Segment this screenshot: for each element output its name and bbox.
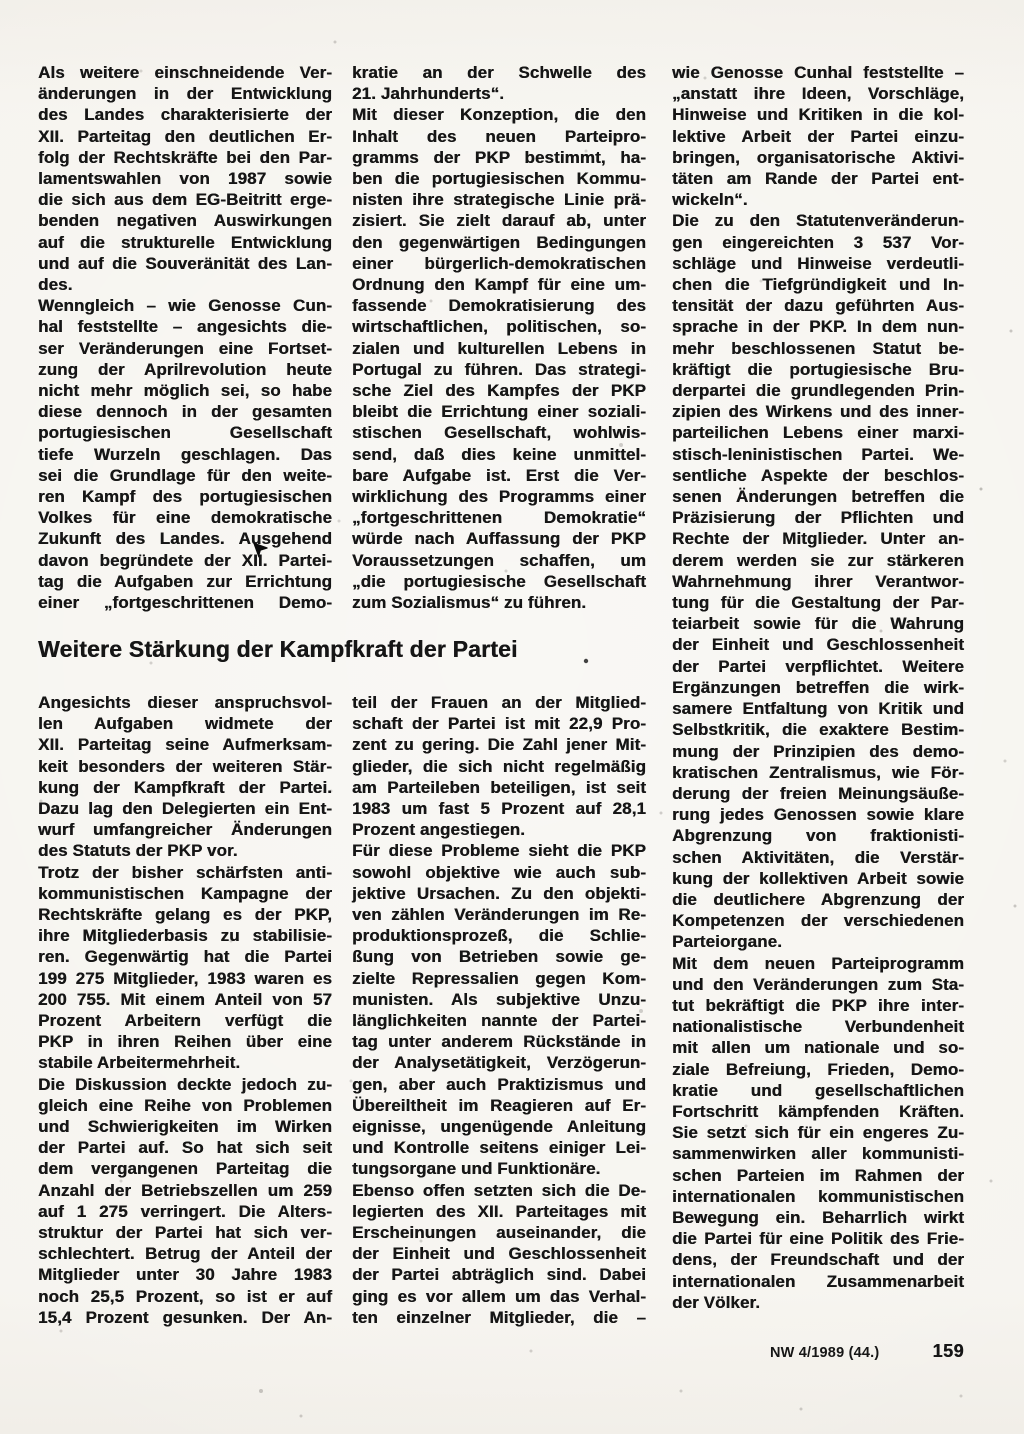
text-line: PKP in ihren Reihen über eine [38, 1031, 332, 1052]
text-line: schläge und Hinweise verdeutli- [672, 253, 964, 274]
text-line: Trotz der bisher schärfsten anti- [38, 862, 332, 883]
text-line: der Analysetätigkeit, Verzögerun- [352, 1052, 646, 1073]
text-line: Erscheinungen auseinander, die [352, 1222, 646, 1243]
text-line: Prozent Arbeitern verfügt die [38, 1010, 332, 1031]
text-line: internationalen kommunistischen [672, 1186, 964, 1207]
text-line: gen eingereichten 3 537 Vor- [672, 232, 964, 253]
text-line: ren. Gegenwärtig hat die Partei [38, 946, 332, 967]
text-line: Ergänzungen betreffen die wirk- [672, 677, 964, 698]
text-line: stabile Arbeitermehrheit. [38, 1052, 332, 1073]
text-line: mung der Prinzipien des demo- [672, 741, 964, 762]
text-line: der Partei verpflichtet. Weitere [672, 656, 964, 677]
text-line: Mitglieder unter 30 Jahre 1983 [38, 1264, 332, 1285]
text-line: 15,4 Prozent gesunken. Der An- [38, 1307, 332, 1328]
text-line: Wahrnehmung ihrer Verantwor- [672, 571, 964, 592]
text-line: sei die Grundlage für den weite- [38, 465, 332, 486]
text-line: „anstatt ihre Ideen, Vorschläge, [672, 83, 964, 104]
text-line: die deutlichere Abgrenzung der [672, 889, 964, 910]
text-line: Bewegung ein. Beharrlich wirkt [672, 1207, 964, 1228]
text-line: ziale Befreiung, Frieden, Demo- [672, 1059, 964, 1080]
lower-column-1: Angesichts dieser anspruchsvol-len Aufga… [38, 692, 332, 1328]
text-line: zisiert. Sie zielt darauf ab, unter [352, 210, 646, 231]
text-line: sche Ziel des Kampfes der PKP [352, 380, 646, 401]
text-line: Ebenso offen setzten sich die De- [352, 1180, 646, 1201]
text-line: schen Aktivitäten, die Verstär- [672, 847, 964, 868]
paragraph: Angesichts dieser anspruchsvol-len Aufga… [38, 692, 332, 862]
text-line: ben die portugiesischen Kommu- [352, 168, 646, 189]
text-line: internationalen Zusammenarbeit [672, 1271, 964, 1292]
text-line: munisten. Als subjektive Unzu- [352, 989, 646, 1010]
text-line: Anzahl der Betriebszellen um 259 [38, 1180, 332, 1201]
text-line: senen Änderungen betreffen die [672, 486, 964, 507]
text-line: nicht mehr möglich sei, so habe [38, 380, 332, 401]
text-line: chen die Tiefgründigkeit und In- [672, 274, 964, 295]
text-line: ven zählen Veränderungen im Re- [352, 904, 646, 925]
text-line: Ordnung den Kampf für eine um- [352, 274, 646, 295]
text-line: tag unter anderem Rückstände in [352, 1031, 646, 1052]
text-line: lektive Arbeit der Partei einzu- [672, 126, 964, 147]
text-line: mehr beschlossenen Statut be- [672, 338, 964, 359]
text-line: auf 1 275 verringert. Die Alters- [38, 1201, 332, 1222]
text-line: Präzisierung der Pflichten und [672, 507, 964, 528]
text-line: der Völker. [672, 1292, 964, 1313]
text-line: eignisse, ungenügende Anleitung [352, 1116, 646, 1137]
paragraph: Wenngleich – wie Genosse Cun-hal festste… [38, 295, 332, 613]
text-line: teiarbeit sowie für die Wahrung [672, 613, 964, 634]
text-line: XII. Parteitag den deutlichen Er- [38, 126, 332, 147]
text-line: zialen und kulturellen Lebens in [352, 338, 646, 359]
paragraph: Mit dieser Konzeption, die denInhalt des… [352, 104, 646, 613]
text-line: die sich aus dem EG-Beitritt erge- [38, 189, 332, 210]
text-line: Die Diskussion deckte jedoch zu- [38, 1074, 332, 1095]
text-line: Sie setzt sich für ein engeres Zu- [672, 1122, 964, 1143]
paragraph: teil der Frauen an der Mitglied-schaft d… [352, 692, 646, 840]
text-line: Prozent angestiegen. [352, 819, 646, 840]
text-line: diese dennoch in der gesamten [38, 401, 332, 422]
text-line: send, daß dies keine unmittel- [352, 444, 646, 465]
text-line: Fortschritt kämpfenden Kräften. [672, 1101, 964, 1122]
text-line: sowohl objektive wie auch sub- [352, 862, 646, 883]
text-line: Wenngleich – wie Genosse Cun- [38, 295, 332, 316]
text-line: XII. Parteitag seine Aufmerksam- [38, 734, 332, 755]
text-line: folg der Rechtskräfte bei den Par- [38, 147, 332, 168]
text-line: legierten des XII. Parteitages mit [352, 1201, 646, 1222]
section-heading: Weitere Stärkung der Kampfkraft der Part… [38, 634, 658, 664]
text-line: ihre Mitgliederbasis zu stabilisie- [38, 925, 332, 946]
text-line: am Parteileben beteiligen, ist seit [352, 777, 646, 798]
text-line: Inhalt des neuen Parteipro- [352, 126, 646, 147]
text-line: derung der freien Meinungsäuße- [672, 783, 964, 804]
text-line: würde nach Auffassung der PKP [352, 528, 646, 549]
text-line: kommunistischen Kampagne der [38, 883, 332, 904]
text-line: und den Veränderungen zum Sta- [672, 974, 964, 995]
text-line: derem werden sie zur stärkeren [672, 550, 964, 571]
text-line: Rechtskräfte gelang es der PKP, [38, 904, 332, 925]
text-line: sentliche Aspekte der beschlos- [672, 465, 964, 486]
text-line: kung der Kampfkraft der Partei. [38, 777, 332, 798]
text-line: Volkes für eine demokratische [38, 507, 332, 528]
text-line: zent zu gering. Die Zahl jener Mit- [352, 734, 646, 755]
text-line: wirklichung des Programms einer [352, 486, 646, 507]
text-line: Mit dieser Konzeption, die den [352, 104, 646, 125]
text-line: noch 25,5 Prozent, so ist er auf [38, 1286, 332, 1307]
text-line: „die portugiesische Gesellschaft [352, 571, 646, 592]
paragraph: Trotz der bisher schärfsten anti-kommuni… [38, 862, 332, 1074]
text-line: ren Kampf des portugiesischen [38, 486, 332, 507]
paragraph: Mit dem neuen Parteiprogrammund den Verä… [672, 953, 964, 1313]
text-line: Kompetenzen der verschiedenen [672, 910, 964, 931]
text-line: einer bürgerlich-demokratischen [352, 253, 646, 274]
side-column-3: wie Genosse Cunhal feststellte –„anstatt… [672, 62, 964, 1313]
text-line: schlechtert. Betrug der Anteil der [38, 1243, 332, 1264]
text-line: Hinweise und Kritiken in die kol- [672, 104, 964, 125]
text-line: ser Veränderungen eine Fortset- [38, 338, 332, 359]
text-line: des Statuts der PKP vor. [38, 840, 332, 861]
text-line: tung für die Gestaltung der Par- [672, 592, 964, 613]
text-line: einer „fortgeschrittenen Demo- [38, 592, 332, 613]
text-line: dem vergangenen Parteitag die [38, 1158, 332, 1179]
text-line: ging es vor allem um das Verhal- [352, 1286, 646, 1307]
text-line: struktur der Partei hat sich ver- [38, 1222, 332, 1243]
paragraph: wie Genosse Cunhal feststellte –„anstatt… [672, 62, 964, 210]
text-line: produktionsprozeß, die Schlie- [352, 925, 646, 946]
text-line: jektive Ursachen. Zu den objekti- [352, 883, 646, 904]
paragraph: kratie an der Schwelle des21. Jahrhunder… [352, 62, 646, 104]
upper-column-1: Als weitere einschneidende Ver-änderunge… [38, 62, 332, 613]
text-line: sammenwirken aller kommunisti- [672, 1143, 964, 1164]
text-line: derpartei die grundlegenden Prin- [672, 380, 964, 401]
text-line: der Einheit und Geschlossenheit [352, 1243, 646, 1264]
text-line: des Landes charakterisierte der [38, 104, 332, 125]
text-line: der Einheit und Geschlossenheit [672, 634, 964, 655]
text-line: und Schwierigkeiten im Wirken [38, 1116, 332, 1137]
text-line: zung der Aprilrevolution heute [38, 359, 332, 380]
text-line: täten am Rande der Partei ent- [672, 168, 964, 189]
text-line: dens, der Freundschaft und der [672, 1249, 964, 1270]
text-line: Dazu lag den Delegierten ein Ent- [38, 798, 332, 819]
text-line: teil der Frauen an der Mitglied- [352, 692, 646, 713]
text-line: bleibt die Errichtung einer soziali- [352, 401, 646, 422]
text-line: 200 755. Mit einem Anteil von 57 [38, 989, 332, 1010]
text-line: kräftigt die portugiesische Bru- [672, 359, 964, 380]
text-line: len Aufgaben widmete der [38, 713, 332, 734]
journal-reference: NW 4/1989 (44.) [770, 1345, 879, 1361]
text-line: stisch-leninistischen Partei. We- [672, 444, 964, 465]
text-line: 1983 um fast 5 Prozent auf 28,1 [352, 798, 646, 819]
text-line: Zukunft des Landes. Ausgehend [38, 528, 332, 549]
text-line: mit allen um nationale und so- [672, 1037, 964, 1058]
text-line: portugiesischen Gesellschaft [38, 422, 332, 443]
text-line: bare Aufgabe ist. Erst die Ver- [352, 465, 646, 486]
text-line: stischen Gesellschaft, wohlwis- [352, 422, 646, 443]
text-line: Übereiltheit im Reagieren auf Er- [352, 1095, 646, 1116]
text-line: hal feststellte – angesichts die- [38, 316, 332, 337]
text-line: bringen, organisatorische Aktivi- [672, 147, 964, 168]
text-line: lamentswahlen von 1987 sowie [38, 168, 332, 189]
text-line: wurf umfangreicher Änderungen [38, 819, 332, 840]
page-footer: NW 4/1989 (44.) 159 [672, 1341, 964, 1365]
text-line: 21. Jahrhunderts“. [352, 83, 646, 104]
text-line: parteilichen Lebens einer marxi- [672, 422, 964, 443]
text-line: änderungen in der Entwicklung [38, 83, 332, 104]
text-line: die Partei für eine Politik des Frie- [672, 1228, 964, 1249]
text-line: rung jedes Genossen sowie klare [672, 804, 964, 825]
text-line: tag die Aufgaben zur Errichtung [38, 571, 332, 592]
text-line: und auf die Souveränität des Lan- [38, 253, 332, 274]
text-line: Selbstkritik, die exaktere Bestim- [672, 719, 964, 740]
text-line: zum Sozialismus“ zu führen. [352, 592, 646, 613]
text-line: der Partei abträglich sind. Dabei [352, 1264, 646, 1285]
text-line: Voraussetzungen schaffen, um [352, 550, 646, 571]
text-line: schen Parteien im Rahmen der [672, 1165, 964, 1186]
text-line: Mit dem neuen Parteiprogramm [672, 953, 964, 974]
text-line: wie Genosse Cunhal feststellte – [672, 62, 964, 83]
text-line: tiefe Wurzeln geschlagen. Das [38, 444, 332, 465]
lower-column-2: teil der Frauen an der Mitglied-schaft d… [352, 692, 646, 1328]
text-line: den gegenwärtigen Bedingungen [352, 232, 646, 253]
text-line: glieder, die sich nicht regelmäßig [352, 756, 646, 777]
text-line: sprache in der PKP. In dem nun- [672, 316, 964, 337]
text-line: Portugal zu führen. Das strategi- [352, 359, 646, 380]
scan-noise-speckles [0, 0, 2, 2]
text-line: und Kontrolle seitens einiger Lei- [352, 1137, 646, 1158]
text-line: des. [38, 274, 332, 295]
text-line: samere Entfaltung von Kritik und [672, 698, 964, 719]
text-line: wirtschaftlichen, politischen, so- [352, 316, 646, 337]
page-number: 159 [932, 1341, 964, 1362]
text-line: „fortgeschrittenen Demokratie“ [352, 507, 646, 528]
paragraph: Ebenso offen setzten sich die De-legiert… [352, 1180, 646, 1328]
text-line: keit besonders der weiteren Stär- [38, 756, 332, 777]
text-line: kratie und gesellschaftlichen [672, 1080, 964, 1101]
text-line: Abgrenzung von fraktionisti- [672, 825, 964, 846]
text-line: nisten ihre strategische Linie prä- [352, 189, 646, 210]
paragraph: Für diese Probleme sieht die PKPsowohl o… [352, 840, 646, 1179]
text-line: gleich eine Reihe von Problemen [38, 1095, 332, 1116]
paragraph: Die Diskussion deckte jedoch zu-gleich e… [38, 1074, 332, 1328]
text-line: tut bekräftigt die PKP ihre inter- [672, 995, 964, 1016]
text-line: zielte Repressalien gegen Kom- [352, 968, 646, 989]
text-line: ßung von Betrieben sowie ge- [352, 946, 646, 967]
text-line: Die zu den Statutenveränderun- [672, 210, 964, 231]
scanned-magazine-page: Als weitere einschneidende Ver-änderunge… [0, 0, 1024, 1434]
text-line: 199 275 Mitglieder, 1983 waren es [38, 968, 332, 989]
text-line: fassende Demokratisierung des [352, 295, 646, 316]
text-line: Für diese Probleme sieht die PKP [352, 840, 646, 861]
text-line: Als weitere einschneidende Ver- [38, 62, 332, 83]
text-line: davon begründete der XII. Partei- [38, 550, 332, 571]
paragraph: Als weitere einschneidende Ver-änderunge… [38, 62, 332, 295]
text-line: kratischen Zentralismus, wie För- [672, 762, 964, 783]
text-line: tungsorgane und Funktionäre. [352, 1158, 646, 1179]
text-line: nationalistische Verbundenheit [672, 1016, 964, 1037]
text-line: kratie an der Schwelle des [352, 62, 646, 83]
text-line: tensität der dazu geführten Aus- [672, 295, 964, 316]
text-line: wickeln“. [672, 189, 964, 210]
text-line: Parteiorgane. [672, 931, 964, 952]
text-line: gen, aber auch Praktizismus und [352, 1074, 646, 1095]
text-line: benden negativen Auswirkungen [38, 210, 332, 231]
text-line: ten einzelner Mitglieder, die – [352, 1307, 646, 1328]
upper-column-2: kratie an der Schwelle des21. Jahrhunder… [352, 62, 646, 613]
text-line: auf die strukturelle Entwicklung [38, 232, 332, 253]
text-line: kung der kollektiven Arbeit sowie [672, 868, 964, 889]
text-line: Rechte der Mitglieder. Unter an- [672, 528, 964, 549]
text-line: Angesichts dieser anspruchsvol- [38, 692, 332, 713]
text-line: länglichkeiten nannte der Partei- [352, 1010, 646, 1031]
text-line: zipien des Wirkens und des inner- [672, 401, 964, 422]
text-line: schaft der Partei ist mit 22,9 Pro- [352, 713, 646, 734]
text-line: der Partei auf. So hat sich seit [38, 1137, 332, 1158]
paragraph: Die zu den Statutenveränderun-gen einger… [672, 210, 964, 952]
text-line: gramms der PKP bestimmt, ha- [352, 147, 646, 168]
